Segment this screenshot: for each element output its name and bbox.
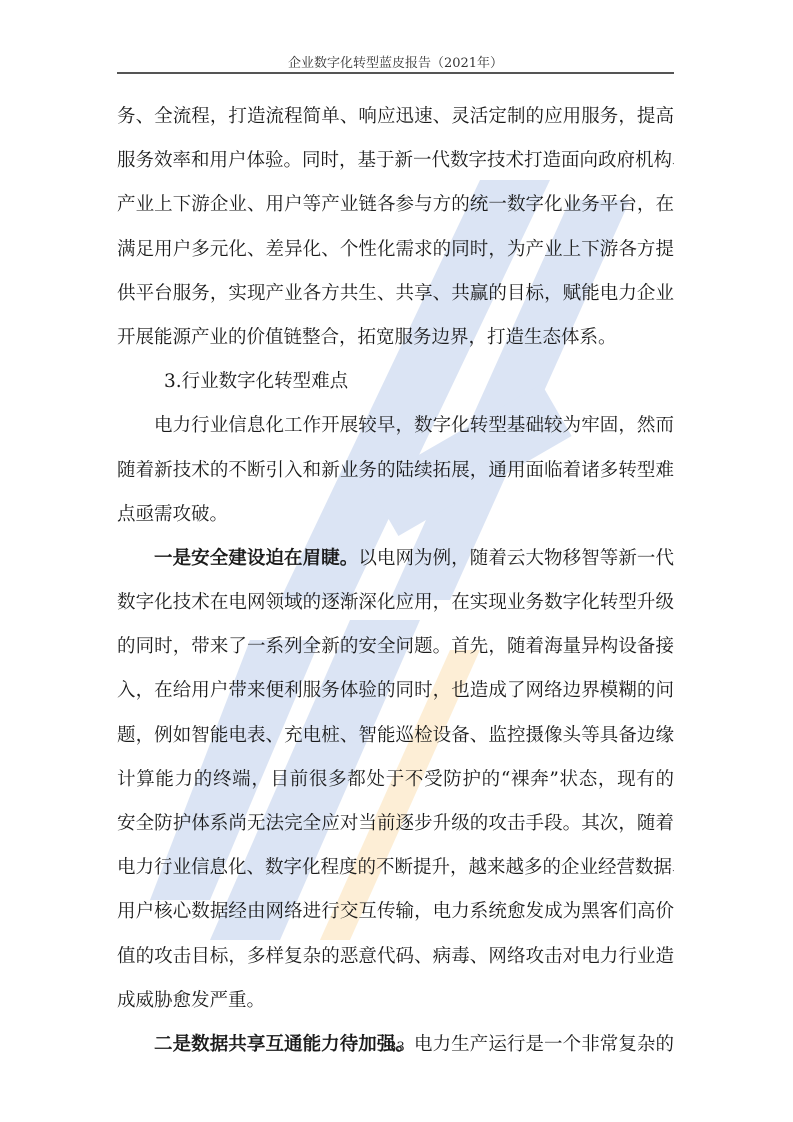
text-line: 服务效率和用户体验。同时，基于新一代数字技术打造面向政府机构、 — [117, 139, 674, 183]
text-line: 产业上下游企业、用户等产业链各参与方的统一数字化业务平台，在 — [117, 183, 674, 227]
text-line: 供平台服务，实现产业各方共生、共享、共赢的目标，赋能电力企业 — [117, 272, 674, 316]
text-line: 数字化技术在电网领域的逐渐深化应用，在实现业务数字化转型升级 — [117, 581, 674, 625]
paragraph-3: 一是安全建设迫在眉睫。以电网为例，随着云大物移智等新一代 数字化技术在电网领域的… — [117, 537, 674, 1023]
text-line: 成威胁愈发严重。 — [117, 979, 674, 1023]
paragraph-2: 电力行业信息化工作开展较早，数字化转型基础较为牢固，然而 随着新技术的不断引入和… — [117, 404, 674, 537]
text-line: 值的攻击目标，多样复杂的恶意代码、病毒、网络攻击对电力行业造 — [117, 935, 674, 979]
text-line: 计算能力的终端，目前很多都处于不受防护的“裸奔”状态，现有的 — [117, 758, 674, 802]
text-line: 用户核心数据经由网络进行交互传输，电力系统愈发成为黑客们高价 — [117, 890, 674, 934]
text-line: 务、全流程，打造流程简单、响应迅速、灵活定制的应用服务，提高 — [117, 95, 674, 139]
text-line: 的同时，带来了一系列全新的安全问题。首先，随着海量异构设备接 — [117, 625, 674, 669]
text-line: 入，在给用户带来便利服务体验的同时，也造成了网络边界模糊的问 — [117, 669, 674, 713]
text-line: 开展能源产业的价值链整合，拓宽服务边界，打造生态体系。 — [117, 316, 674, 360]
text-line: 电力行业信息化工作开展较早，数字化转型基础较为牢固，然而 — [117, 404, 674, 448]
text-run: 以电网为例，随着云大物移智等新一代 — [358, 548, 674, 569]
text-line: 电力行业信息化、数字化程度的不断提升，越来越多的企业经营数据、 — [117, 846, 674, 890]
page-number: 33 — [0, 1040, 793, 1055]
paragraph-1: 务、全流程，打造流程简单、响应迅速、灵活定制的应用服务，提高 服务效率和用户体验… — [117, 95, 674, 360]
emphasis-lead: 一是安全建设迫在眉睫。 — [154, 548, 358, 569]
document-body: 务、全流程，打造流程简单、响应迅速、灵活定制的应用服务，提高 服务效率和用户体验… — [117, 95, 674, 1067]
text-line: 一是安全建设迫在眉睫。以电网为例，随着云大物移智等新一代 — [117, 537, 674, 581]
section-heading: 3.行业数字化转型难点 — [117, 360, 674, 404]
text-line: 随着新技术的不断引入和新业务的陆续拓展，通用面临着诸多转型难 — [117, 449, 674, 493]
header-divider — [117, 72, 674, 74]
text-line: 点亟需攻破。 — [117, 493, 674, 537]
text-line: 题，例如智能电表、充电桩、智能巡检设备、监控摄像头等具备边缘 — [117, 714, 674, 758]
running-header: 企业数字化转型蓝皮报告（2021年） — [117, 52, 674, 71]
text-line: 安全防护体系尚无法完全应对当前逐步升级的攻击手段。其次，随着 — [117, 802, 674, 846]
text-line: 满足用户多元化、差异化、个性化需求的同时，为产业上下游各方提 — [117, 228, 674, 272]
